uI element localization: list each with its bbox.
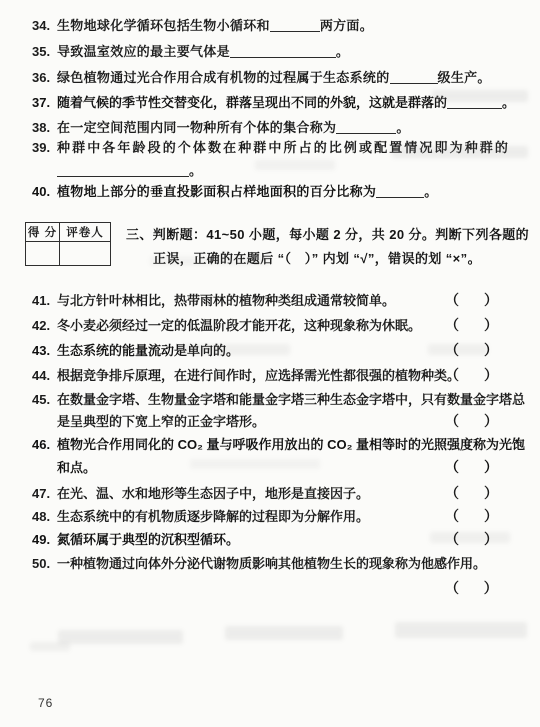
question-text: 在一定空间范围内同一物种所有个体的集合称为 (57, 120, 336, 135)
question-text-after-blank: 级生产。 (438, 70, 491, 85)
question-text: 植物光合作用同化的 CO₂ 量与呼吸作用放出的 CO₂ 量相等时的光照强度称为光… (57, 437, 525, 452)
judgment-question-43: 43.生态系统的能量流动是单向的。 （） (32, 340, 534, 360)
judgment-question-41: 41.与北方针叶林相比，热带雨林的植物种类组成通常较简单。 （） (32, 290, 534, 310)
judgment-question-45-line2: 是呈典型的下宽上窄的正金字塔形。 （） (32, 411, 534, 431)
question-text-after-blank: 。 (336, 44, 349, 59)
judgment-question-50-answer-line: （） (32, 578, 534, 598)
question-text: 在光、温、水和地形等生态因子中，地形是直接因子。 (57, 486, 369, 501)
paren-open: （ (445, 290, 459, 310)
grader-label-cell: 评卷人 (60, 223, 110, 242)
question-text: 和点。 (57, 460, 96, 475)
paren-open: （ (445, 411, 459, 431)
blank-line (270, 18, 320, 32)
answer-parens: （） (445, 457, 498, 477)
fill-question-38: 38.在一定空间范围内同一物种所有个体的集合称为。 (32, 117, 534, 137)
paren-open: （ (445, 506, 459, 526)
paren-close: ） (484, 315, 498, 335)
blank-line (230, 44, 336, 58)
question-number: 36. (32, 70, 57, 85)
fill-question-37: 37.随着气候的季节性交替变化，群落呈现出不同的外貌，这就是群落的。 (32, 92, 534, 112)
question-text: 生物地球化学循环包括生物小循环和 (57, 18, 270, 33)
question-text-after-blank: 两方面。 (320, 18, 373, 33)
paren-open: （ (445, 340, 459, 360)
judgment-question-46-line1: 46.植物光合作用同化的 CO₂ 量与呼吸作用放出的 CO₂ 量相等时的光照强度… (32, 434, 534, 454)
paren-close: ） (484, 506, 498, 526)
paren-open: （ (445, 578, 459, 598)
question-number: 39. (32, 140, 57, 155)
fill-question-35: 35.导致温室效应的最主要气体是。 (32, 41, 534, 61)
question-text: 随着气候的季节性交替变化，群落呈现出不同的外貌，这就是群落的 (57, 95, 447, 110)
question-number: 43. (32, 343, 57, 358)
judgment-question-47: 47.在光、温、水和地形等生态因子中，地形是直接因子。 （） (32, 483, 534, 503)
paren-open: （ (445, 315, 459, 335)
question-number: 44. (32, 368, 57, 383)
scan-smudge (30, 642, 70, 651)
question-text: 与北方针叶林相比，热带雨林的植物种类组成通常较简单。 (57, 293, 395, 308)
paren-close: ） (484, 457, 498, 477)
question-text: 是呈典型的下宽上窄的正金字塔形。 (57, 414, 265, 429)
question-text: 根据竞争排斥原理，在进行间作时，应选择需光性都很强的植物种类。 (57, 368, 460, 383)
blank-line (376, 184, 424, 198)
question-text: 种群中各年龄段的个体数在种群中所占的比例或配置情况即为种群的 (57, 140, 510, 155)
section-header-line2: 正误，正确的在题后 “（ ）” 内划 “√”，错误的划 “×”。 (153, 248, 481, 267)
paren-close: ） (484, 578, 498, 598)
blank-line (390, 70, 438, 84)
exam-paper-page: 34.生物地球化学循环包括生物小循环和两方面。 35.导致温室效应的最主要气体是… (0, 0, 540, 727)
question-text: 冬小麦必须经过一定的低温阶段才能开花，这种现象称为休眠。 (57, 318, 421, 333)
paren-close: ） (484, 340, 498, 360)
score-box: 得 分 评卷人 (25, 222, 111, 266)
question-text: 氮循环属于典型的沉积型循环。 (57, 532, 239, 547)
fill-question-40: 40.植物地上部分的垂直投影面积占样地面积的百分比称为。 (32, 181, 534, 201)
answer-parens: （） (445, 578, 498, 598)
question-number: 49. (32, 532, 57, 547)
question-number: 40. (32, 184, 57, 199)
question-text: 导致温室效应的最主要气体是 (57, 44, 230, 59)
question-number: 42. (32, 318, 57, 333)
answer-parens: （） (445, 365, 498, 385)
blank-line (57, 163, 189, 177)
paren-open: （ (445, 457, 459, 477)
scan-smudge (225, 626, 343, 640)
question-text: 植物地上部分的垂直投影面积占样地面积的百分比称为 (57, 184, 376, 199)
blank-line (447, 95, 502, 109)
answer-parens: （） (445, 529, 498, 549)
question-number: 47. (32, 486, 57, 501)
judgment-question-45-line1: 45.在数量金字塔、生物量金字塔和能量金字塔三种生态金字塔中，只有数量金字塔总 (32, 389, 534, 409)
paren-close: ） (484, 411, 498, 431)
question-number: 46. (32, 437, 57, 452)
judgment-question-44: 44.根据竞争排斥原理，在进行间作时，应选择需光性都很强的植物种类。 （） (32, 365, 534, 385)
paren-open: （ (445, 483, 459, 503)
answer-parens: （） (445, 411, 498, 431)
judgment-question-49: 49.氮循环属于典型的沉积型循环。 （） (32, 529, 534, 549)
question-number: 35. (32, 44, 57, 59)
judgment-question-50: 50.一种植物通过向体外分泌代谢物质影响其他植物生长的现象称为他感作用。 (32, 553, 534, 573)
paren-close: ） (484, 290, 498, 310)
question-text-after-blank: 。 (424, 184, 437, 199)
answer-parens: （） (445, 315, 498, 335)
judgment-question-42: 42.冬小麦必须经过一定的低温阶段才能开花，这种现象称为休眠。 （） (32, 315, 534, 335)
section-header-line1: 三、判断题：41~50 小题，每小题 2 分，共 20 分。判断下列各题的 (126, 224, 529, 243)
question-text: 在数量金字塔、生物量金字塔和能量金字塔三种生态金字塔中，只有数量金字塔总 (57, 392, 525, 407)
question-text-after-blank: 。 (396, 120, 409, 135)
score-label-cell: 得 分 (26, 223, 60, 242)
question-text: 生态系统的能量流动是单向的。 (57, 343, 239, 358)
answer-parens: （） (445, 506, 498, 526)
question-text-after-blank: 。 (189, 163, 202, 178)
judgment-question-46-line2: 和点。 （） (32, 457, 534, 477)
question-number: 50. (32, 556, 57, 571)
question-number: 48. (32, 509, 57, 524)
grader-value-cell (60, 242, 110, 265)
paren-close: ） (484, 529, 498, 549)
answer-parens: （） (445, 483, 498, 503)
fill-question-39-line1: 39.种群中各年龄段的个体数在种群中所占的比例或配置情况即为种群的 (32, 137, 534, 157)
question-number: 45. (32, 392, 57, 407)
paren-open: （ (445, 529, 459, 549)
question-number: 38. (32, 120, 57, 135)
answer-parens: （） (445, 340, 498, 360)
paren-close: ） (484, 365, 498, 385)
question-text-after-blank: 。 (502, 95, 515, 110)
answer-parens: （） (445, 290, 498, 310)
scan-smudge (58, 630, 183, 644)
question-number: 34. (32, 18, 57, 33)
blank-line (336, 120, 396, 134)
scan-smudge (395, 622, 527, 638)
page-number: 76 (38, 696, 53, 710)
judgment-question-48: 48.生态系统中的有机物质逐步降解的过程即为分解作用。 （） (32, 506, 534, 526)
question-number: 41. (32, 293, 57, 308)
paren-close: ） (484, 483, 498, 503)
question-text: 绿色植物通过光合作用合成有机物的过程属于生态系统的 (57, 70, 390, 85)
question-text: 生态系统中的有机物质逐步降解的过程即为分解作用。 (57, 509, 369, 524)
fill-question-34: 34.生物地球化学循环包括生物小循环和两方面。 (32, 15, 534, 35)
question-text: 一种植物通过向体外分泌代谢物质影响其他植物生长的现象称为他感作用。 (57, 556, 486, 571)
fill-question-39-line2: 。 (32, 160, 534, 180)
fill-question-36: 36.绿色植物通过光合作用合成有机物的过程属于生态系统的级生产。 (32, 67, 534, 87)
score-value-cell (26, 242, 60, 265)
question-number: 37. (32, 95, 57, 110)
paren-open: （ (445, 365, 459, 385)
